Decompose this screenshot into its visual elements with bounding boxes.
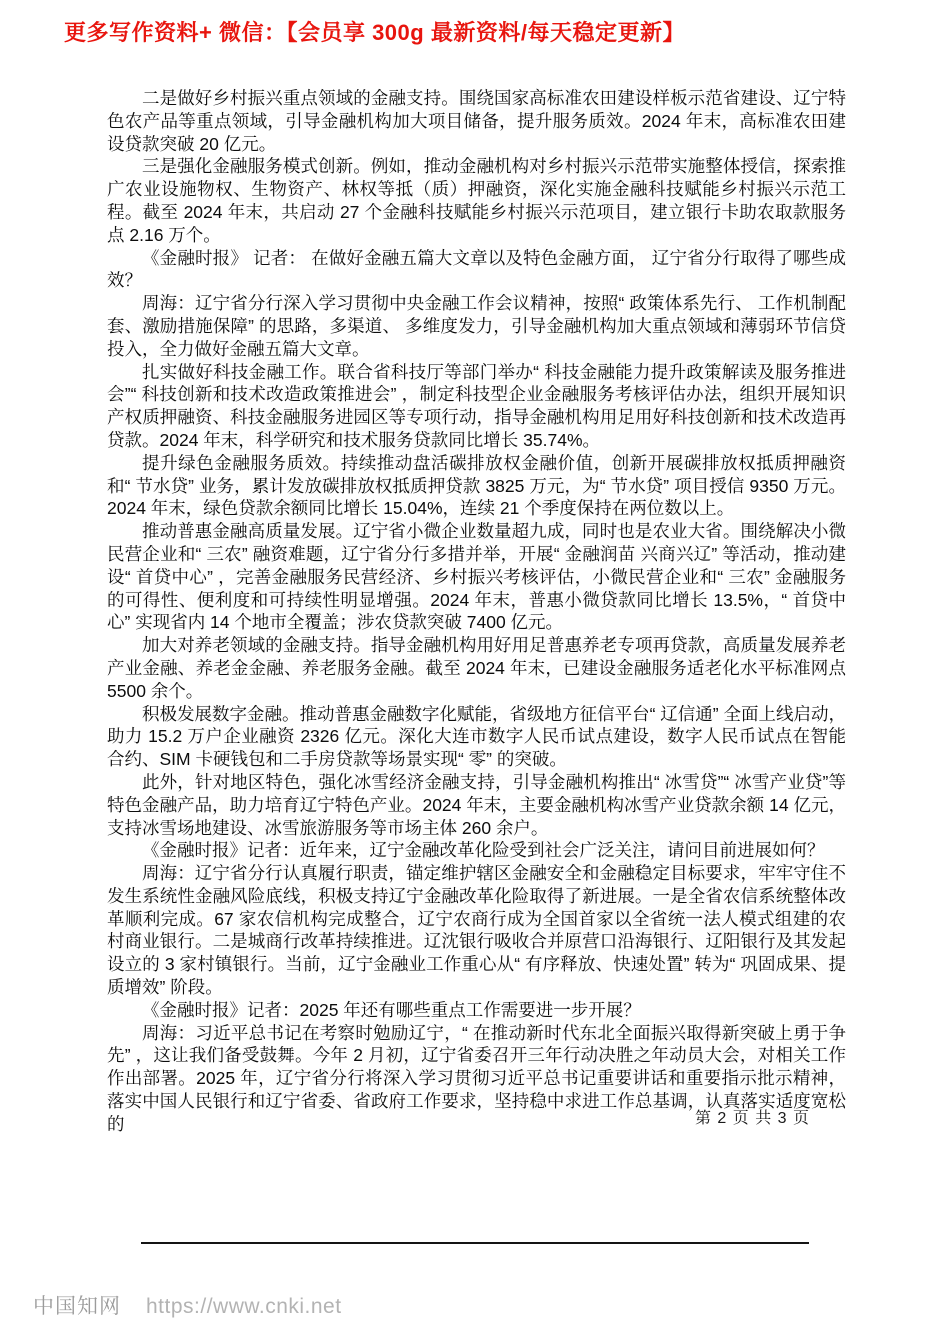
cnki-branding: 中国知网 https://www.cnki.net <box>33 1290 342 1320</box>
body-paragraph: 此外，针对地区特色，强化冰雪经济金融支持，引导金融机构推出“ 冰雪贷”“ 冰雪产… <box>107 771 846 839</box>
body-paragraph-interview-answer: 周海：辽宁省分行认真履行职责，锚定维护辖区金融安全和金融稳定目标要求，牢牢守住不… <box>107 862 846 999</box>
promo-header-text: 更多写作资料+ 微信：【会员享 300g 最新资料/每天稳定更新】 <box>64 16 924 47</box>
body-paragraph: 加大对养老领域的金融支持。指导金融机构用好用足普惠养老专项再贷款，高质量发展养老… <box>107 634 846 702</box>
body-paragraph: 积极发展数字金融。推动普惠金融数字化赋能，省级地方征信平台“ 辽信通” 全面上线… <box>107 703 846 771</box>
body-paragraph: 推动普惠金融高质量发展。辽宁省小微企业数量超九成，同时也是农业大省。围绕解决小微… <box>107 520 846 634</box>
body-paragraph-reporter-question: 《金融时报》记者：近年来，辽宁金融改革化险受到社会广泛关注，请问目前进展如何？ <box>107 839 846 862</box>
body-paragraph-reporter-question: 《金融时报》 记者： 在做好金融五篇大文章以及特色金融方面， 辽宁省分行取得了哪… <box>107 247 846 293</box>
body-paragraph: 提升绿色金融服务质效。持续推动盘活碳排放权金融价值，创新开展碳排放权抵质押融资和… <box>107 452 846 520</box>
document-body: 二是做好乡村振兴重点领域的金融支持。围绕国家高标准农田建设样板示范省建设、辽宁特… <box>107 87 846 1136</box>
body-paragraph-reporter-question: 《金融时报》记者：2025 年还有哪些重点工作需要进一步开展？ <box>107 999 846 1022</box>
footer-divider <box>141 1242 809 1244</box>
body-paragraph-interview-answer: 周海：辽宁省分行深入学习贯彻中央金融工作会议精神，按照“ 政策体系先行、 工作机… <box>107 292 846 360</box>
body-paragraph: 三是强化金融服务模式创新。例如，推动金融机构对乡村振兴示范带实施整体授信，探索推… <box>107 155 846 246</box>
body-paragraph: 扎实做好科技金融工作。联合省科技厅等部门举办“ 科技金融能力提升政策解读及服务推… <box>107 361 846 452</box>
page-number: 第 2 页 共 3 页 <box>695 1105 810 1128</box>
cnki-logo-text: 中国知网 <box>33 1290 121 1320</box>
cnki-url: https://www.cnki.net <box>146 1295 342 1319</box>
body-paragraph: 二是做好乡村振兴重点领域的金融支持。围绕国家高标准农田建设样板示范省建设、辽宁特… <box>107 87 846 155</box>
document-page: 更多写作资料+ 微信：【会员享 300g 最新资料/每天稳定更新】 二是做好乡村… <box>0 0 950 1344</box>
